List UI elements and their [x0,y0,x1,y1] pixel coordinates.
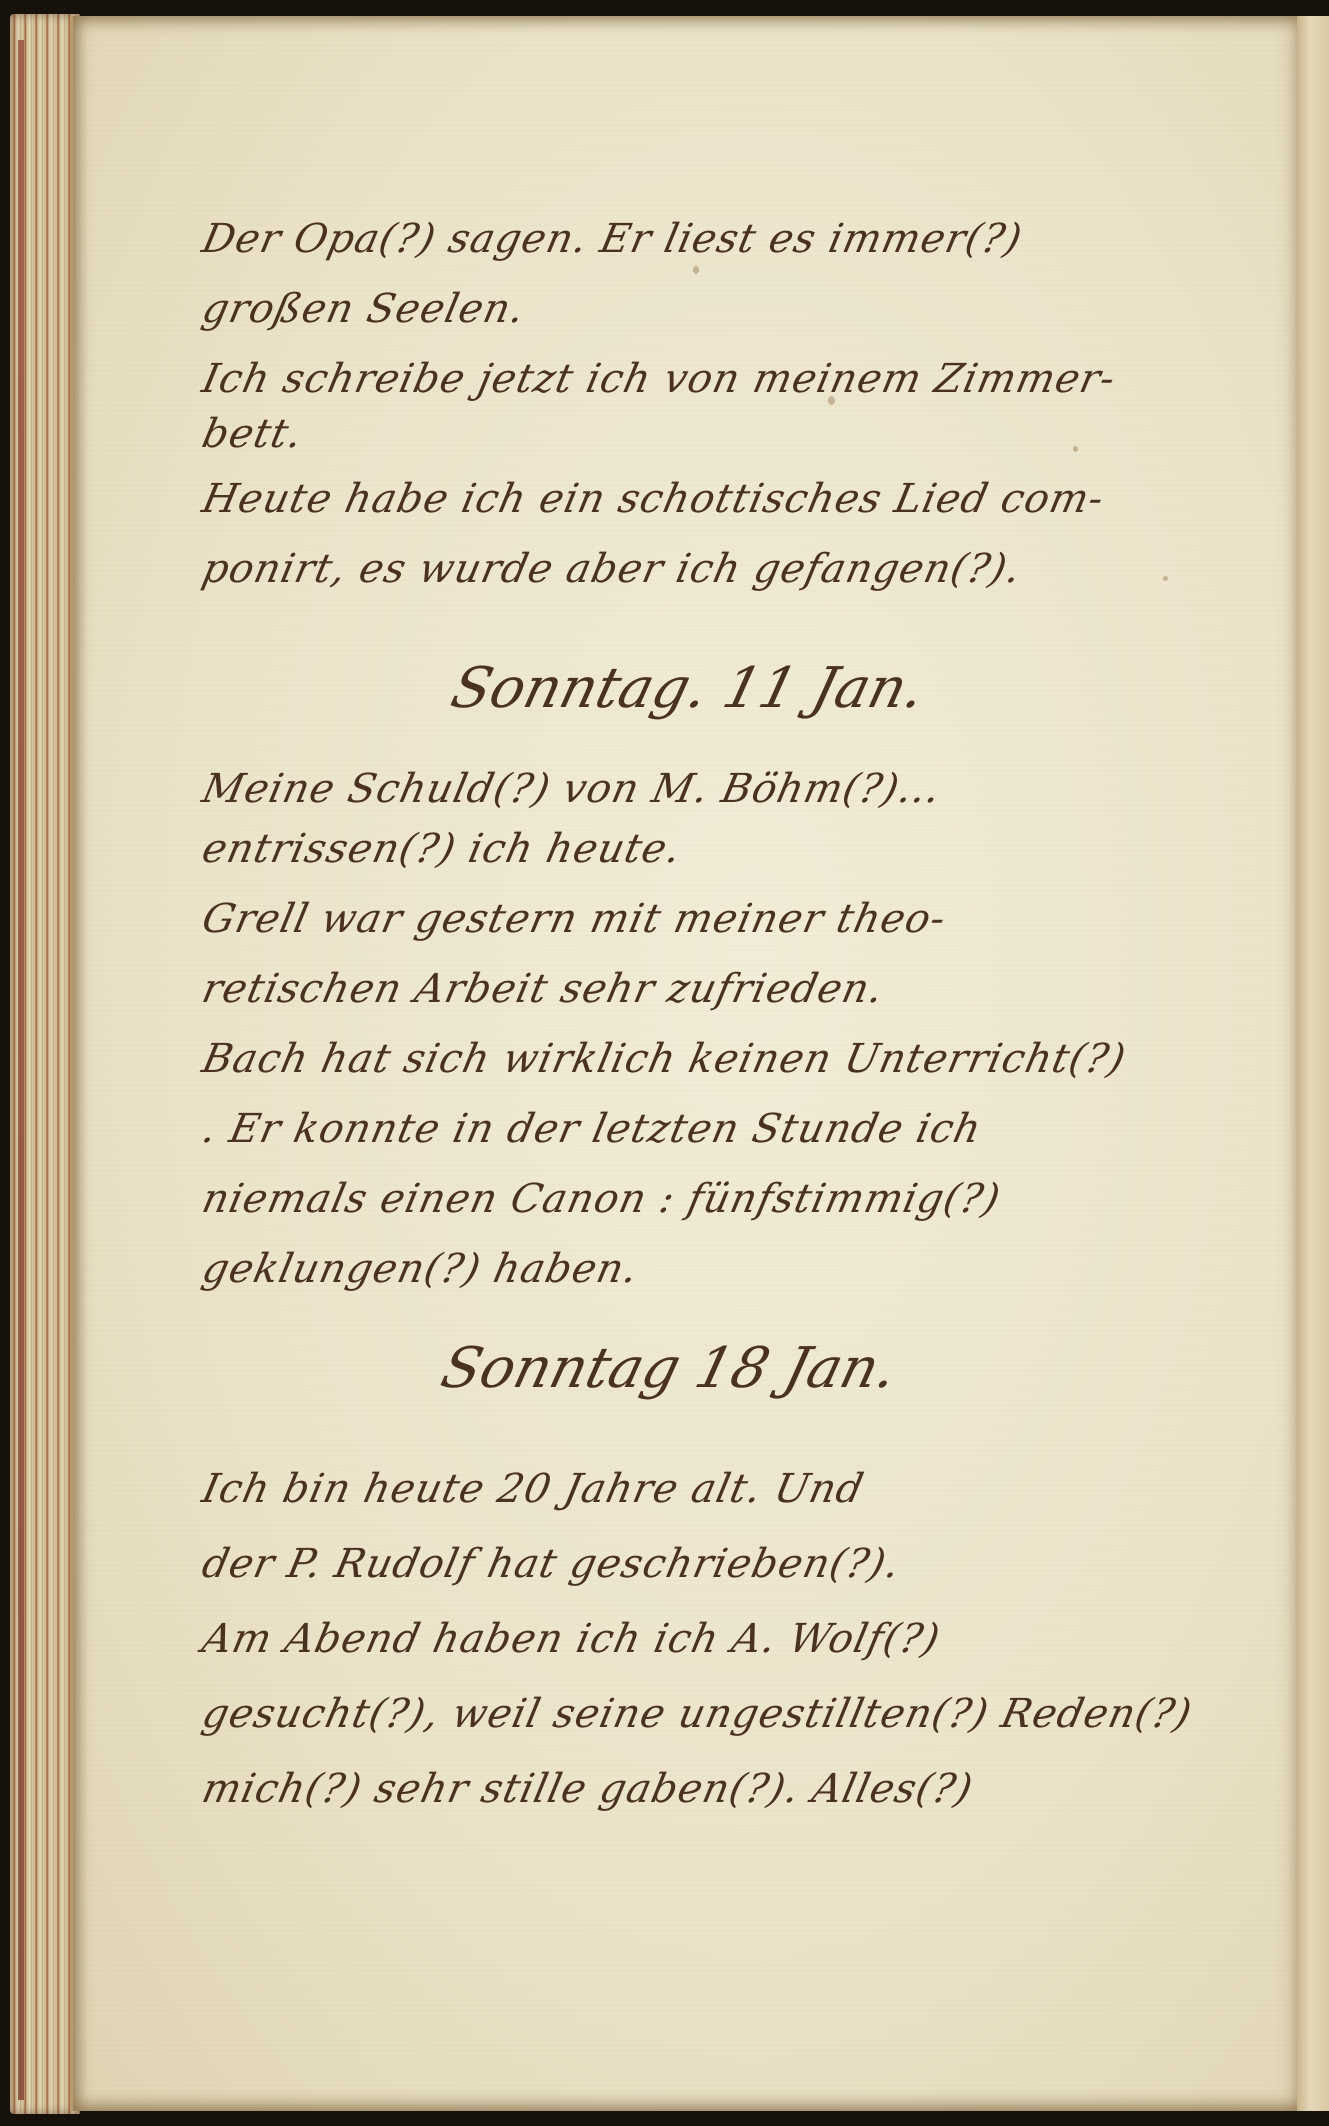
ink-spot [1163,576,1168,581]
text-line: entrissen(?) ich heute. [198,826,685,872]
ink-spot [693,266,699,274]
text-line: retischen Arbeit sehr zufrieden. [198,966,888,1012]
red-book-edge [18,40,24,2100]
page-right-edge [1297,16,1329,2111]
text-line: mich(?) sehr stille gaben(?). Alles(?) [198,1766,977,1812]
book-spread: Der Opa(?) sagen. Er liest es immer(?) g… [0,0,1329,2126]
text-line: Heute habe ich ein schottisches Lied com… [198,476,1108,522]
text-line: geklungen(?) haben. [198,1246,642,1292]
text-line: bett. [198,411,307,457]
entry-date-heading: Sonntag 18 Jan. [435,1336,904,1401]
text-line: niemals einen Canon : fünfstimmig(?) [198,1176,1005,1222]
text-line: Ich schreibe jetzt ich von meinem Zimmer… [198,356,1120,402]
text-line: gesucht(?), weil seine ungestillten(?) R… [198,1691,1196,1737]
text-line: Der Opa(?) sagen. Er liest es immer(?) [198,216,1026,262]
text-line: Am Abend haben ich ich A. Wolf(?) [198,1616,944,1662]
text-line: ponirt, es wurde aber ich gefangen(?). [198,546,1025,592]
text-line: . Er konnte in der letzten Stunde ich [198,1106,986,1152]
text-line: Bach hat sich wirklich keinen Unterricht… [198,1036,1130,1082]
text-line: Grell war gestern mit meiner theo- [198,896,950,942]
text-line: der P. Rudolf hat geschrieben(?). [198,1541,904,1587]
manuscript-page: Der Opa(?) sagen. Er liest es immer(?) g… [70,16,1303,2111]
text-line: Ich bin heute 20 Jahre alt. Und [198,1466,868,1512]
text-line: Meine Schuld(?) von M. Böhm(?)... [198,766,945,812]
entry-date-heading: Sonntag. 11 Jan. [445,656,932,721]
ink-spot [1073,446,1078,452]
text-line: großen Seelen. [198,286,529,332]
